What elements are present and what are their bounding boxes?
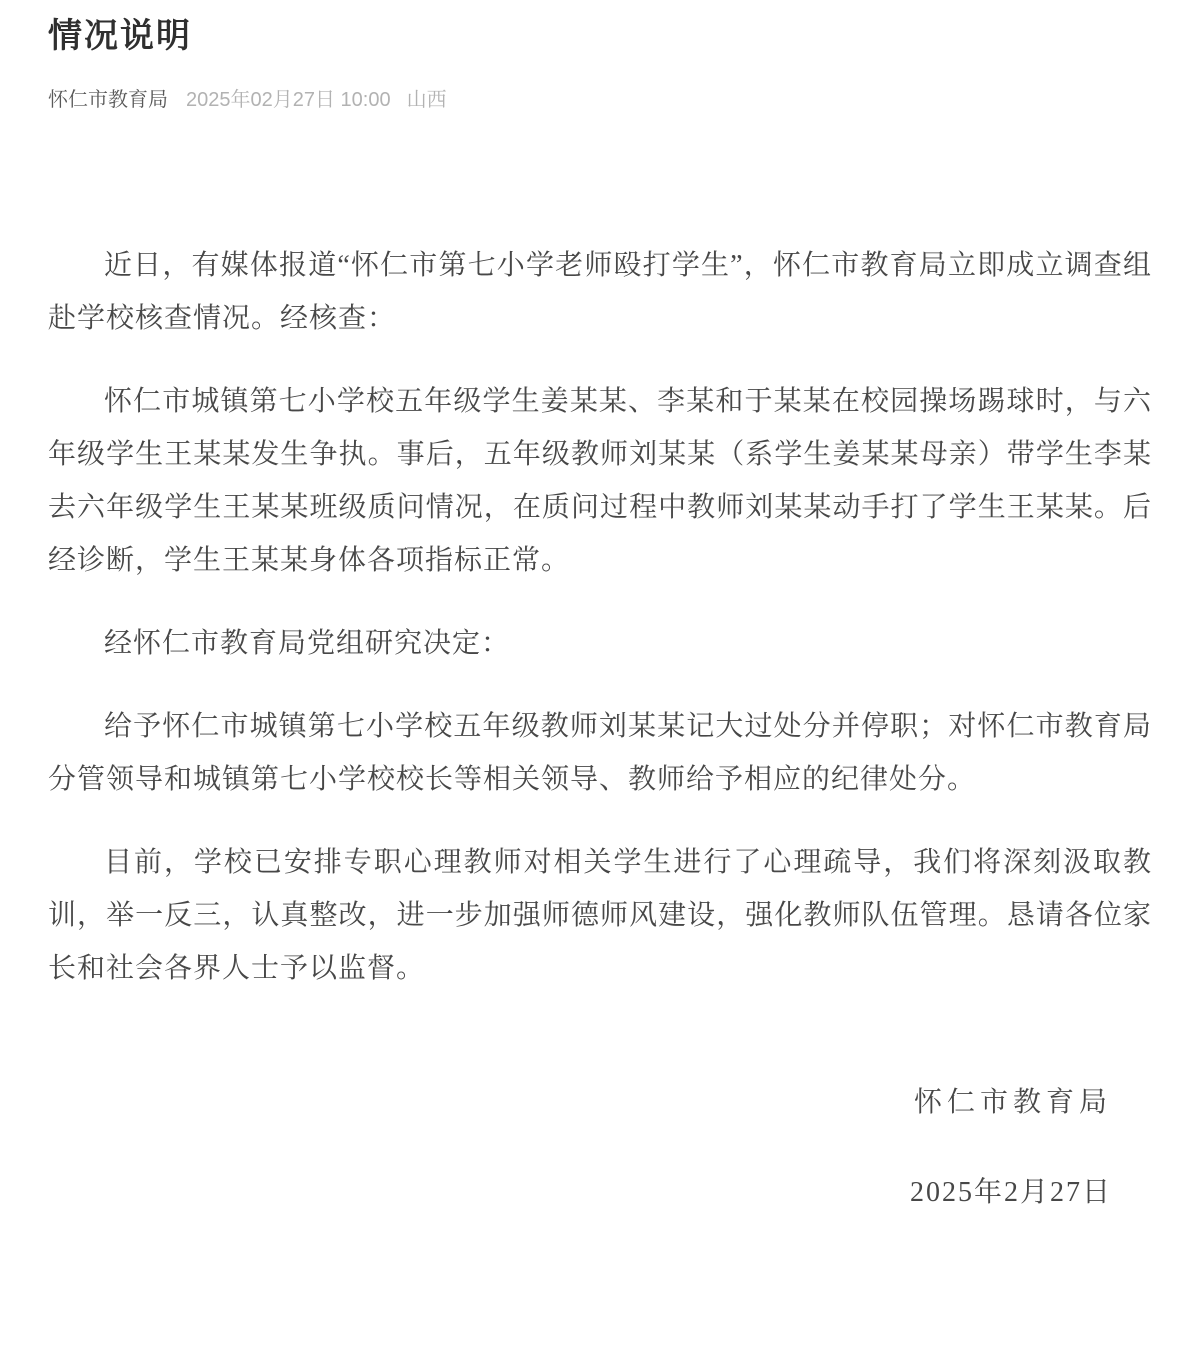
- page-title: 情况说明: [48, 14, 1152, 58]
- account-name-link[interactable]: 怀仁市教育局: [48, 86, 168, 114]
- paragraph-punishment: 给予怀仁市城镇第七小学校五年级教师刘某某记大过处分并停职；对怀仁市教育局分管领导…: [48, 700, 1152, 806]
- publish-datetime: 2025年02月27日 10:00: [186, 86, 391, 114]
- signature-block: 怀仁市教育局 2025年2月27日: [48, 1083, 1152, 1213]
- signature-org: 怀仁市教育局: [48, 1083, 1112, 1123]
- paragraph-incident-details: 怀仁市城镇第七小学校五年级学生姜某某、李某和于某某在校园操场踢球时，与六年级学生…: [48, 375, 1152, 587]
- signature-date: 2025年2月27日: [48, 1173, 1112, 1213]
- publish-location: 山西: [407, 86, 447, 114]
- article-page: 情况说明 怀仁市教育局 2025年02月27日 10:00 山西 近日，有媒体报…: [0, 0, 1200, 1350]
- paragraph-followup: 目前，学校已安排专职心理教师对相关学生进行了心理疏导，我们将深刻汲取教训，举一反…: [48, 836, 1152, 995]
- article-body: 近日，有媒体报道“怀仁市第七小学老师殴打学生”，怀仁市教育局立即成立调查组赴学校…: [48, 239, 1152, 995]
- paragraph-intro: 近日，有媒体报道“怀仁市第七小学老师殴打学生”，怀仁市教育局立即成立调查组赴学校…: [48, 239, 1152, 345]
- paragraph-decision-lead: 经怀仁市教育局党组研究决定：: [48, 617, 1152, 670]
- article-meta: 怀仁市教育局 2025年02月27日 10:00 山西: [48, 86, 1152, 114]
